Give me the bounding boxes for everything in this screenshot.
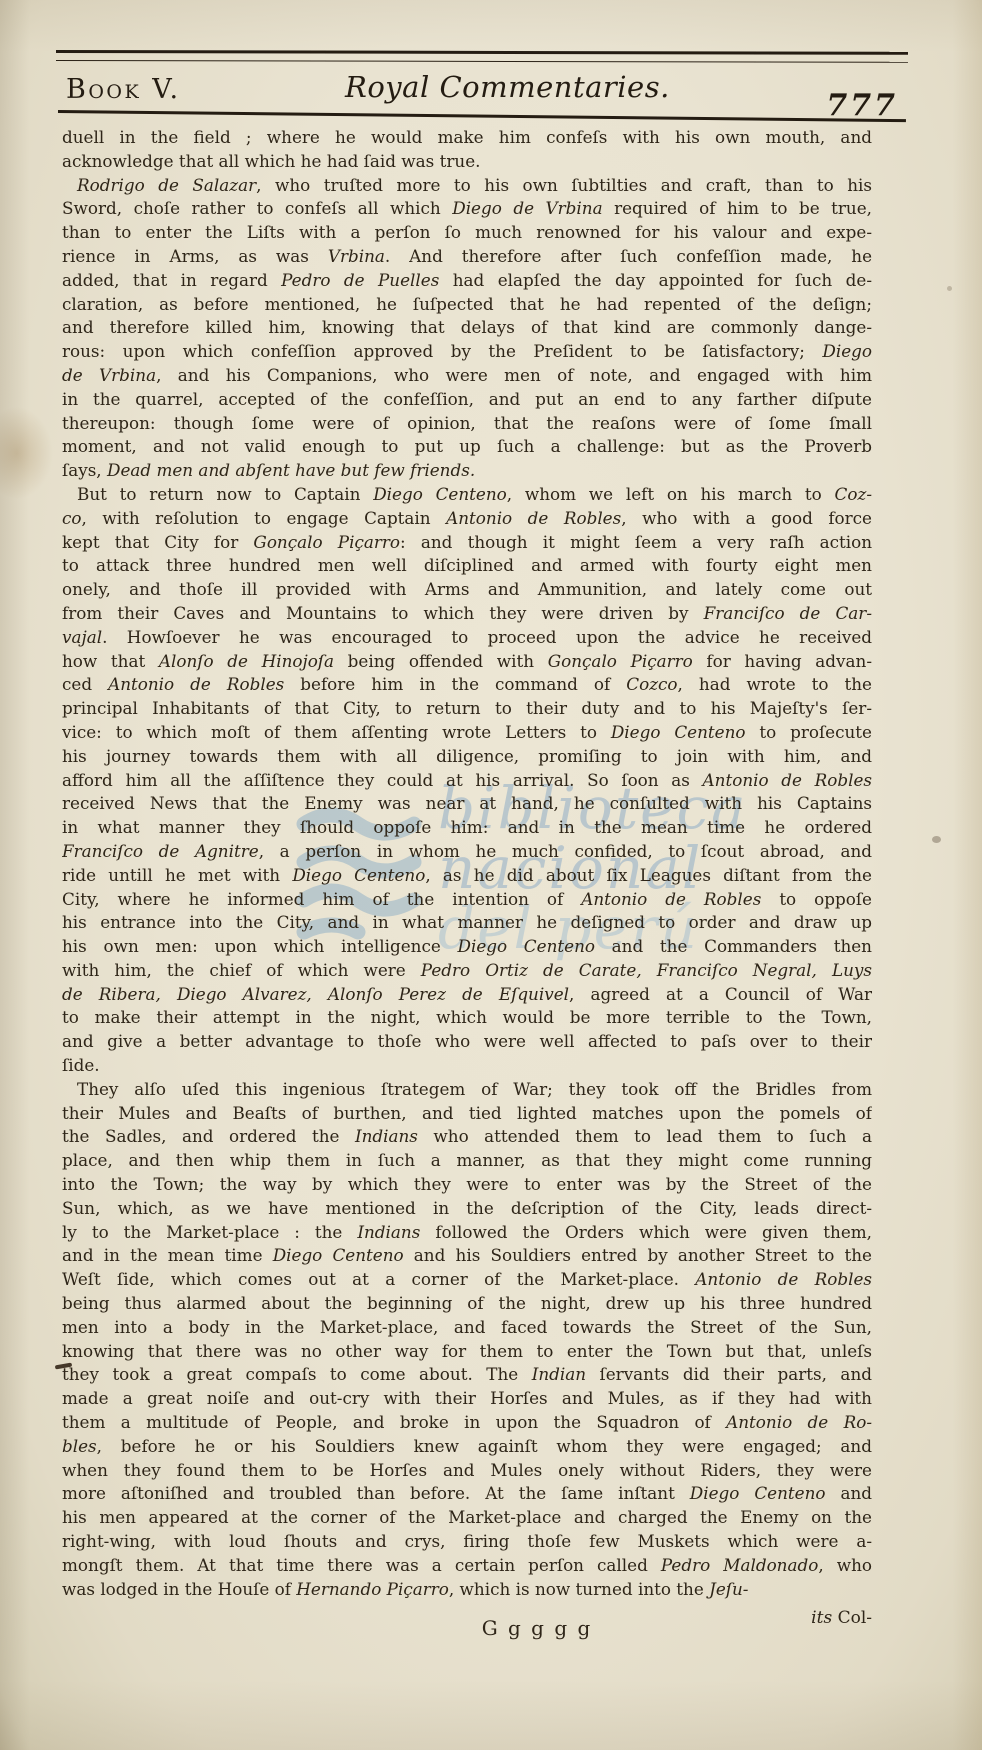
text-segment: place, and then whip them in ſuch a mann… (62, 1150, 872, 1170)
text-segment: his journey towards them with all dilige… (62, 746, 872, 766)
text-line: Franciſco de Agnitre, a perſon in whom h… (62, 840, 872, 864)
italic-text-segment: de Vrbina (62, 365, 156, 385)
italic-text-segment: Hernando Piçarro (296, 1579, 449, 1599)
text-segment: rience in Arms, as was (62, 246, 328, 266)
text-segment: kept that City for (62, 532, 253, 552)
text-line: to make their attempt in the night, whic… (62, 1006, 872, 1030)
text-segment: thereupon: though ſome were of opinion, … (62, 413, 872, 433)
italic-text-segment: Antonio de Robles (695, 1269, 872, 1289)
italic-text-segment: Diego de Vrbina (452, 198, 602, 218)
text-line: men into a body in the Market-place, and… (62, 1316, 872, 1340)
text-segment: duell in the field ; where he would make… (62, 127, 872, 147)
catchword: its Col- (811, 1608, 872, 1628)
text-segment: afford him all the aſſiſtence they could… (62, 770, 703, 790)
text-segment: knowing that there was no other way for … (62, 1341, 872, 1361)
text-segment: than to enter the Liſts with a perſon ſo… (62, 222, 872, 242)
text-line: in the quarrel, accepted of the confeſſi… (62, 388, 872, 412)
text-line: his journey towards them with all dilige… (62, 745, 872, 769)
text-line: kept that City for Gonçalo Piçarro: and … (62, 531, 872, 555)
text-line: principal Inhabitants of that City, to r… (62, 697, 872, 721)
text-segment: was lodged in the Houſe of (62, 1579, 296, 1599)
text-segment: Weſt ſide, which comes out at a corner o… (62, 1269, 695, 1289)
text-segment: into the Town; the way by which they wer… (62, 1174, 872, 1194)
text-segment: , as he did about ſix Leagues diſtant fr… (425, 865, 872, 885)
text-line: how that Alonſo de Hinojoſa being offend… (62, 650, 872, 674)
italic-text-segment: Antonio de Robles (703, 770, 872, 790)
text-segment: to oppoſe (761, 889, 872, 909)
text-line: added, that in regard Pedro de Puelles h… (62, 269, 872, 293)
text-line: bles, before he or his Souldiers knew ag… (62, 1435, 872, 1459)
text-line: his entrance into the City, and in what … (62, 911, 872, 935)
text-line: from their Caves and Mountains to which … (62, 602, 872, 626)
text-segment: before him in the command of (284, 674, 626, 694)
italic-text-segment: co (62, 508, 82, 528)
text-segment: for having advan- (693, 651, 872, 671)
text-segment: City, where he informed him of the inten… (62, 889, 581, 909)
text-line: Weſt ſide, which comes out at a corner o… (62, 1268, 872, 1292)
italic-text-segment: Franciſco de Agnitre (62, 841, 259, 861)
italic-text-segment: Gonçalo Piçarro (253, 532, 400, 552)
top-double-rule (56, 50, 908, 63)
text-line: rience in Arms, as was Vrbina. And there… (62, 245, 872, 269)
italic-text-segment: Coz- (835, 484, 872, 504)
text-segment: from their Caves and Mountains to which … (62, 603, 704, 623)
text-segment: , which is now turned into the (449, 1579, 709, 1599)
text-segment: and give a better advantage to thoſe who… (62, 1031, 872, 1051)
text-line: and in the mean time Diego Centeno and h… (62, 1244, 872, 1268)
italic-text-segment: Indians (355, 1126, 418, 1146)
text-segment: to make their attempt in the night, whic… (62, 1007, 872, 1027)
text-line: into the Town; the way by which they wer… (62, 1173, 872, 1197)
italic-text-segment: Antonio de Robles (446, 508, 621, 528)
text-line: them a multitude of People, and broke in… (62, 1411, 872, 1435)
text-segment: how that (62, 651, 159, 671)
text-segment: to proſecute (745, 722, 872, 742)
text-line: ly to the Market-place : the Indians fol… (62, 1221, 872, 1245)
italic-text-segment: Franciſco de Car- (704, 603, 872, 623)
catchword-roman: Col- (832, 1608, 872, 1628)
italic-text-segment: Diego Centeno (458, 936, 595, 956)
italic-text-segment: de Ribera, Diego Alvarez, Alonſo Perez d… (62, 984, 569, 1004)
italic-text-segment: Alonſo de Hinojoſa (159, 651, 334, 671)
text-segment: made a great noiſe and out-cry with thei… (62, 1388, 872, 1408)
text-line: knowing that there was no other way for … (62, 1340, 872, 1364)
text-segment: , who with a good force (621, 508, 872, 528)
text-segment: Sword, choſe rather to confeſs all which (62, 198, 452, 218)
text-line: duell in the field ; where he would make… (62, 126, 872, 150)
text-segment: principal Inhabitants of that City, to r… (62, 698, 872, 718)
text-segment: , had wrote to the (678, 674, 872, 694)
text-segment: more aſtoniſhed and troubled than before… (62, 1483, 690, 1503)
text-line: moment, and not valid enough to put up ſ… (62, 435, 872, 459)
text-line: afford him all the aſſiſtence they could… (62, 769, 872, 793)
text-line: ſays, Dead men and abſent have but few f… (62, 459, 872, 483)
text-line: than to enter the Liſts with a perſon ſo… (62, 221, 872, 245)
italic-text-segment: Diego Centeno (611, 722, 746, 742)
text-line: they took a great compaſs to come about.… (62, 1363, 872, 1387)
ink-speck (932, 836, 941, 843)
text-segment: onely, and thoſe ill provided with Arms … (62, 579, 872, 599)
text-line: in what manner they ſhould oppoſe him: a… (62, 816, 872, 840)
text-line: right-wing, with loud ſhouts and crys, f… (62, 1530, 872, 1554)
text-segment: vice: to which moſt of them aſſenting wr… (62, 722, 611, 742)
text-segment: when they found them to be Horſes and Mu… (62, 1460, 872, 1480)
text-segment: with him, the chief of which were (62, 960, 421, 980)
italic-text-segment: Gonçalo Piçarro (548, 651, 693, 671)
text-segment: received News that the Enemy was near at… (62, 793, 872, 813)
text-segment: ly to the Market-place : the (62, 1222, 357, 1242)
text-line: ride untill he met with Diego Centeno, a… (62, 864, 872, 888)
text-line: his men appeared at the corner of the Ma… (62, 1506, 872, 1530)
text-line: co, with reſolution to engage Captain An… (62, 507, 872, 531)
italic-text-segment: Cozco (626, 674, 677, 694)
italic-text-segment: Diego Centeno (273, 1245, 404, 1265)
text-segment: moment, and not valid enough to put up ſ… (62, 436, 872, 456)
ink-stain (0, 405, 54, 501)
text-line: made a great noiſe and out-cry with thei… (62, 1387, 872, 1411)
text-segment: and in the mean time (62, 1245, 273, 1265)
text-segment: : and though it might ſeem a very raſh a… (400, 532, 872, 552)
text-line: de Ribera, Diego Alvarez, Alonſo Perez d… (62, 983, 872, 1007)
text-segment: in what manner they ſhould oppoſe him: a… (62, 817, 872, 837)
text-line: and therefore killed him, knowing that d… (62, 316, 872, 340)
running-title: Royal Commentaries. (345, 70, 670, 104)
italic-text-segment: Rodrigo de Salazar (77, 175, 256, 195)
text-segment: his own men: upon which intelligence (62, 936, 458, 956)
text-line: ced Antonio de Robles before him in the … (62, 673, 872, 697)
text-segment: But to return now to Captain (77, 484, 373, 504)
text-line: was lodged in the Houſe of Hernando Piça… (62, 1578, 872, 1602)
text-line: ſide. (62, 1054, 872, 1078)
text-line: Sun, which, as we have mentioned in the … (62, 1197, 872, 1221)
text-line: rous: upon which confeſſion approved by … (62, 340, 872, 364)
italic-text-segment: Diego (822, 341, 872, 361)
text-line: onely, and thoſe ill provided with Arms … (62, 578, 872, 602)
italic-text-segment: Indian (532, 1364, 586, 1384)
text-segment: , who truſted more to his own ſubtilties… (256, 175, 872, 195)
text-segment: had elapſed the day appointed for ſuch d… (439, 270, 872, 290)
text-segment: their Mules and Beaſts of burthen, and t… (62, 1103, 872, 1123)
italic-text-segment: Antonio de Robles (108, 674, 284, 694)
text-segment: required of him to be true, (603, 198, 872, 218)
text-segment: mongſt them. At that time there was a ce… (62, 1555, 661, 1575)
signature-mark: G g g g g (452, 1616, 622, 1640)
italic-text-segment: Diego Centeno (690, 1483, 826, 1503)
text-segment: right-wing, with loud ſhouts and crys, f… (62, 1531, 872, 1551)
text-segment: ced (62, 674, 108, 694)
page-body-lines: duell in the field ; where he would make… (62, 126, 872, 1601)
text-line: to attack three hundred men well diſcipl… (62, 554, 872, 578)
text-line: But to return now to Captain Diego Cente… (62, 483, 872, 507)
catchword-italic: its (811, 1608, 832, 1628)
text-segment: . Howſoever he was encouraged to proceed… (102, 627, 872, 647)
text-segment: his entrance into the City, and in what … (62, 912, 872, 932)
text-segment: they took a great compaſs to come about.… (62, 1364, 532, 1384)
text-segment: ſide. (62, 1055, 100, 1075)
italic-text-segment: Antonio de Ro- (726, 1412, 872, 1432)
italic-text-segment: Vrbina (328, 246, 385, 266)
text-segment: , who (818, 1555, 872, 1575)
text-segment: . And therefore after ſuch confeſſion ma… (385, 246, 872, 266)
text-segment: Sun, which, as we have mentioned in the … (62, 1198, 872, 1218)
text-segment: being offended with (334, 651, 548, 671)
text-segment: and (826, 1483, 873, 1503)
text-segment: , a perſon in whom he much confided, to … (259, 841, 872, 861)
text-line: and give a better advantage to thoſe who… (62, 1030, 872, 1054)
text-segment: , before he or his Souldiers knew againſ… (97, 1436, 872, 1456)
text-segment: ſervants did their parts, and (586, 1364, 872, 1384)
text-segment: , whom we left on his march to (507, 484, 835, 504)
book-page: biblioteca nacional del perú Book V. Roy… (0, 0, 982, 1750)
text-line: more aſtoniſhed and troubled than before… (62, 1482, 872, 1506)
text-segment: acknowledge that all which he had ſaid w… (62, 151, 480, 171)
text-line: their Mules and Beaſts of burthen, and t… (62, 1102, 872, 1126)
text-segment: being thus alarmed about the beginning o… (62, 1293, 872, 1313)
text-segment: who attended them to lead them to ſuch a (418, 1126, 872, 1146)
text-segment: men into a body in the Market-place, and… (62, 1317, 872, 1337)
page-footer: G g g g g its Col- (62, 1612, 872, 1642)
text-line: received News that the Enemy was near at… (62, 792, 872, 816)
text-line: Rodrigo de Salazar, who truſted more to … (62, 174, 872, 198)
italic-text-segment: Antonio de Robles (581, 889, 761, 909)
ink-speck (947, 286, 952, 291)
text-line: being thus alarmed about the beginning o… (62, 1292, 872, 1316)
text-segment: added, that in regard (62, 270, 281, 290)
italic-text-segment: Diego Centeno (373, 484, 507, 504)
text-segment: and therefore killed him, knowing that d… (62, 317, 872, 337)
italic-text-segment: Pedro Ortiz de Carate, Franciſco Negral,… (421, 960, 872, 980)
text-segment: the Sadles, and ordered the (62, 1126, 355, 1146)
text-segment: , with reſolution to engage Captain (82, 508, 447, 528)
italic-text-segment: Dead men and abſent have but few friends… (107, 460, 475, 480)
italic-text-segment: bles (62, 1436, 97, 1456)
text-line: acknowledge that all which he had ſaid w… (62, 150, 872, 174)
text-line: his own men: upon which intelligence Die… (62, 935, 872, 959)
text-line: City, where he informed him of the inten… (62, 888, 872, 912)
book-label: Book V. (66, 74, 181, 105)
text-segment: They alſo uſed this ingenious ſtrategem … (77, 1079, 872, 1099)
text-segment: in the quarrel, accepted of the confeſſi… (62, 389, 872, 409)
text-line: place, and then whip them in ſuch a mann… (62, 1149, 872, 1173)
italic-text-segment: Pedro de Puelles (281, 270, 439, 290)
text-line: Sword, choſe rather to confeſs all which… (62, 197, 872, 221)
text-segment: and his Souldiers entred by another Stre… (404, 1245, 872, 1265)
text-segment: , and his Companions, who were men of no… (156, 365, 872, 385)
italic-text-segment: vajal (62, 627, 102, 647)
text-line: mongſt them. At that time there was a ce… (62, 1554, 872, 1578)
text-segment: rous: upon which confeſſion approved by … (62, 341, 822, 361)
italic-text-segment: Diego Centeno (292, 865, 425, 885)
text-segment: , agreed at a Council of War (569, 984, 872, 1004)
text-line: thereupon: though ſome were of opinion, … (62, 412, 872, 436)
text-line: vice: to which moſt of them aſſenting wr… (62, 721, 872, 745)
text-line: when they found them to be Horſes and Mu… (62, 1459, 872, 1483)
text-segment: them a multitude of People, and broke in… (62, 1412, 726, 1432)
text-segment: and the Commanders then (595, 936, 872, 956)
text-line: vajal. Howſoever he was encouraged to pr… (62, 626, 872, 650)
text-line: claration, as before mentioned, he ſuſpe… (62, 293, 872, 317)
text-line: They alſo uſed this ingenious ſtrategem … (62, 1078, 872, 1102)
text-line: de Vrbina, and his Companions, who were … (62, 364, 872, 388)
text-line: the Sadles, and ordered the Indians who … (62, 1125, 872, 1149)
text-segment: claration, as before mentioned, he ſuſpe… (62, 294, 872, 314)
italic-text-segment: Jeſu- (709, 1579, 748, 1599)
text-segment: ſays, (62, 460, 107, 480)
text-segment: his men appeared at the corner of the Ma… (62, 1507, 872, 1527)
text-segment: ride untill he met with (62, 865, 292, 885)
text-line: with him, the chief of which were Pedro … (62, 959, 872, 983)
italic-text-segment: Pedro Maldonado (661, 1555, 818, 1575)
italic-text-segment: Indians (357, 1222, 420, 1242)
text-segment: followed the Orders which were given the… (420, 1222, 872, 1242)
text-segment: to attack three hundred men well diſcipl… (62, 555, 872, 575)
